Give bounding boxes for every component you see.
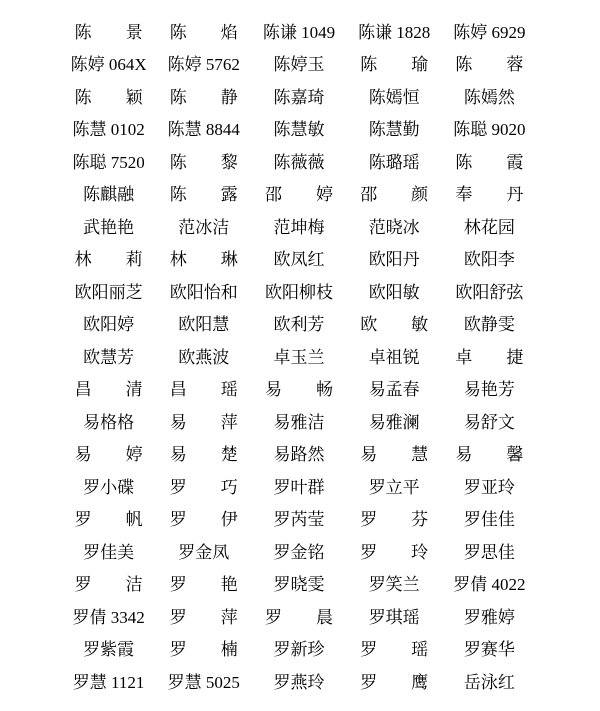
name-grid: 陈 景陈 焰陈谦 1049陈谦 1828陈婷 6929陈婷 064X陈婷 576… bbox=[0, 0, 600, 699]
name-cell: 欧阳舒弦 bbox=[442, 276, 537, 309]
name-cell: 欧阳丽芝 bbox=[61, 276, 156, 309]
name-cell: 陈慧敏 bbox=[251, 114, 346, 147]
name-cell: 罗 伊 bbox=[156, 504, 251, 537]
name-cell: 易雅澜 bbox=[347, 406, 442, 439]
name-cell: 罗新珍 bbox=[251, 634, 346, 667]
name-cell: 昌 瑶 bbox=[156, 374, 251, 407]
name-cell: 易 馨 bbox=[442, 439, 537, 472]
name-cell: 罗 瑶 bbox=[347, 634, 442, 667]
name-cell: 罗思佳 bbox=[442, 536, 537, 569]
name-cell: 罗金铭 bbox=[251, 536, 346, 569]
name-cell: 罗 鹰 bbox=[347, 666, 442, 699]
name-cell: 卓 捷 bbox=[442, 341, 537, 374]
name-cell: 罗琪瑶 bbox=[347, 601, 442, 634]
name-cell: 罗 芬 bbox=[347, 504, 442, 537]
name-cell: 林 莉 bbox=[61, 244, 156, 277]
name-cell: 易 婷 bbox=[61, 439, 156, 472]
name-cell: 欧凤红 bbox=[251, 244, 346, 277]
name-cell: 林 琳 bbox=[156, 244, 251, 277]
name-cell: 易 萍 bbox=[156, 406, 251, 439]
name-list-page: 陈 景陈 焰陈谦 1049陈谦 1828陈婷 6929陈婷 064X陈婷 576… bbox=[0, 0, 600, 711]
name-cell: 欧阳怡和 bbox=[156, 276, 251, 309]
name-cell: 罗金凤 bbox=[156, 536, 251, 569]
name-cell: 陈 瑜 bbox=[347, 49, 442, 82]
name-cell: 罗 艳 bbox=[156, 569, 251, 602]
name-cell: 陈慧 8844 bbox=[156, 114, 251, 147]
name-cell: 欧利芳 bbox=[251, 309, 346, 342]
name-cell: 陈慧勤 bbox=[347, 114, 442, 147]
name-cell: 易 慧 bbox=[347, 439, 442, 472]
name-cell: 罗倩 4022 bbox=[442, 569, 537, 602]
name-cell: 欧阳婷 bbox=[61, 309, 156, 342]
name-cell: 罗赛华 bbox=[442, 634, 537, 667]
name-cell: 罗亚玲 bbox=[442, 471, 537, 504]
name-cell: 欧阳李 bbox=[442, 244, 537, 277]
name-cell: 陈 露 bbox=[156, 179, 251, 212]
name-cell: 陈 黎 bbox=[156, 146, 251, 179]
name-cell: 罗燕玲 bbox=[251, 666, 346, 699]
name-cell: 范坤梅 bbox=[251, 211, 346, 244]
name-cell: 罗倩 3342 bbox=[61, 601, 156, 634]
name-cell: 易 楚 bbox=[156, 439, 251, 472]
name-cell: 易舒文 bbox=[442, 406, 537, 439]
name-cell: 欧慧芳 bbox=[61, 341, 156, 374]
name-cell: 罗 玲 bbox=[347, 536, 442, 569]
name-cell: 范晓冰 bbox=[347, 211, 442, 244]
name-cell: 欧 敏 bbox=[347, 309, 442, 342]
name-cell: 罗 帆 bbox=[61, 504, 156, 537]
name-cell: 易艳芳 bbox=[442, 374, 537, 407]
name-cell: 罗晓雯 bbox=[251, 569, 346, 602]
name-cell: 易格格 bbox=[61, 406, 156, 439]
name-cell: 易路然 bbox=[251, 439, 346, 472]
name-cell: 易孟春 bbox=[347, 374, 442, 407]
name-cell: 陈谦 1049 bbox=[251, 16, 346, 49]
name-cell: 罗慧 1121 bbox=[61, 666, 156, 699]
name-cell: 罗 巧 bbox=[156, 471, 251, 504]
name-cell: 欧阳敏 bbox=[347, 276, 442, 309]
name-cell: 陈 静 bbox=[156, 81, 251, 114]
name-cell: 罗芮莹 bbox=[251, 504, 346, 537]
name-cell: 欧燕波 bbox=[156, 341, 251, 374]
name-cell: 陈聪 9020 bbox=[442, 114, 537, 147]
name-cell: 罗 洁 bbox=[61, 569, 156, 602]
name-cell: 陈谦 1828 bbox=[347, 16, 442, 49]
name-cell: 陈婷 064X bbox=[61, 49, 156, 82]
name-cell: 易雅洁 bbox=[251, 406, 346, 439]
name-cell: 卓玉兰 bbox=[251, 341, 346, 374]
name-cell: 陈 蓉 bbox=[442, 49, 537, 82]
name-cell: 陈麒融 bbox=[61, 179, 156, 212]
name-cell: 罗佳佳 bbox=[442, 504, 537, 537]
name-cell: 陈璐瑶 bbox=[347, 146, 442, 179]
name-cell: 欧阳慧 bbox=[156, 309, 251, 342]
name-cell: 林花园 bbox=[442, 211, 537, 244]
name-cell: 陈 景 bbox=[61, 16, 156, 49]
name-cell: 陈婷 5762 bbox=[156, 49, 251, 82]
name-cell: 罗佳美 bbox=[61, 536, 156, 569]
name-cell: 陈婷 6929 bbox=[442, 16, 537, 49]
name-cell: 罗立平 bbox=[347, 471, 442, 504]
name-cell: 罗叶群 bbox=[251, 471, 346, 504]
name-cell: 陈聪 7520 bbox=[61, 146, 156, 179]
name-cell: 欧阳丹 bbox=[347, 244, 442, 277]
name-cell: 罗 楠 bbox=[156, 634, 251, 667]
name-cell: 范冰洁 bbox=[156, 211, 251, 244]
name-cell: 罗慧 5025 bbox=[156, 666, 251, 699]
name-cell: 易 畅 bbox=[251, 374, 346, 407]
name-cell: 昌 清 bbox=[61, 374, 156, 407]
name-cell: 罗紫霞 bbox=[61, 634, 156, 667]
name-cell: 陈 焰 bbox=[156, 16, 251, 49]
name-cell: 欧阳柳枝 bbox=[251, 276, 346, 309]
name-cell: 武艳艳 bbox=[61, 211, 156, 244]
name-cell: 陈嫣恒 bbox=[347, 81, 442, 114]
name-cell: 卓祖锐 bbox=[347, 341, 442, 374]
name-cell: 邵 颜 bbox=[347, 179, 442, 212]
name-cell: 陈薇薇 bbox=[251, 146, 346, 179]
name-cell: 陈婷玉 bbox=[251, 49, 346, 82]
name-cell: 陈 颖 bbox=[61, 81, 156, 114]
name-cell: 罗小碟 bbox=[61, 471, 156, 504]
name-cell: 奉 丹 bbox=[442, 179, 537, 212]
name-cell: 罗笑兰 bbox=[347, 569, 442, 602]
name-cell: 罗雅婷 bbox=[442, 601, 537, 634]
name-cell: 陈慧 0102 bbox=[61, 114, 156, 147]
name-cell: 陈嘉琦 bbox=[251, 81, 346, 114]
name-cell: 岳泳红 bbox=[442, 666, 537, 699]
name-cell: 陈嫣然 bbox=[442, 81, 537, 114]
name-cell: 陈 霞 bbox=[442, 146, 537, 179]
name-cell: 罗 晨 bbox=[251, 601, 346, 634]
name-cell: 欧静雯 bbox=[442, 309, 537, 342]
name-cell: 罗 萍 bbox=[156, 601, 251, 634]
name-cell: 邵 婷 bbox=[251, 179, 346, 212]
